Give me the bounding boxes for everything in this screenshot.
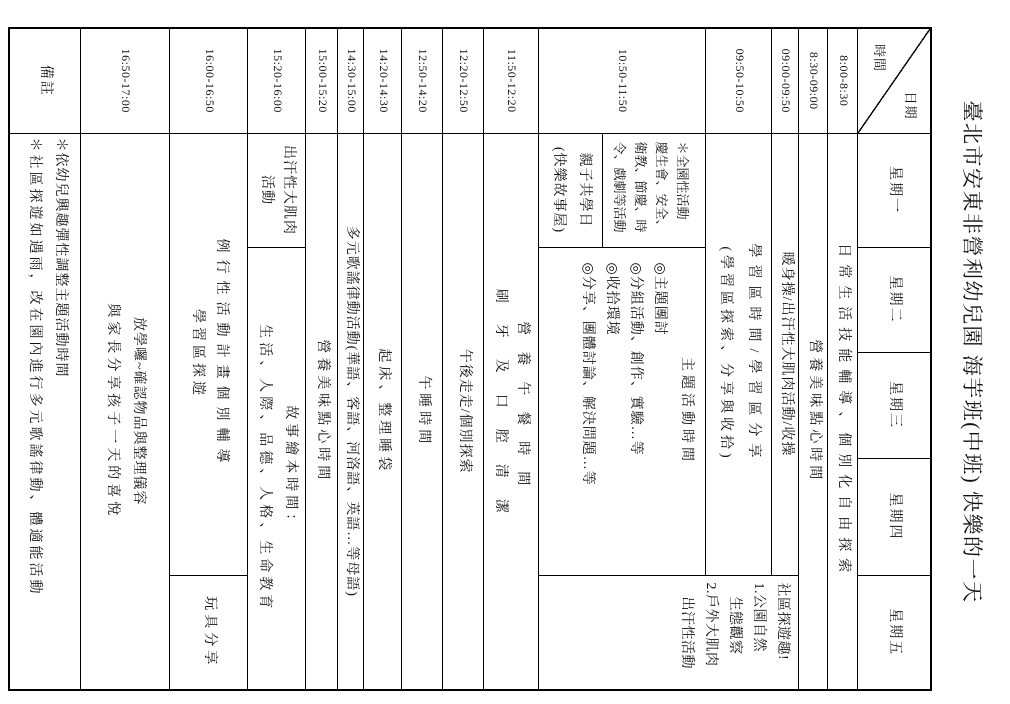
theme-activity-cell: 主題活動時間 ◎主題團討 ◎分組活動、創作、實驗…等 ◎收拾環境 ◎分享、團體討… xyxy=(539,247,706,575)
header-row: 日期 時間 星期一 星期二 星期三 星期四 星期五 xyxy=(858,28,931,690)
text-line: ＊全園性活動 xyxy=(673,142,694,242)
text-line: 故事繪本時間： xyxy=(277,248,303,690)
theme-items: ◎主題團討 ◎分組活動、創作、實驗…等 ◎收拾環境 ◎分享、團體討論、解決問題…… xyxy=(576,248,672,575)
row-0900-0950: 09:00-09:50 暖身操/出汗性大肌肉活動/收操 社區探遊趣! 1.公園自… xyxy=(772,28,799,690)
row-1520-1600: 15:20-16:00 出汗性大肌肉 活動 故事繪本時間： 生活、人際、品德、人… xyxy=(248,28,306,690)
time-cell: 14:30-15:00 xyxy=(338,28,364,133)
text-line: (學習區探索、分享與收拾) xyxy=(711,134,739,575)
row-1220-1250: 12:20-12:50 午後走走/個別探索 xyxy=(443,28,484,690)
row-1430-1500: 14:30-15:00 多元歌謠律動活動(華語、客語、河洛語、英語…等母語) xyxy=(338,28,364,690)
activity-cell: 學習區時間/學習區分享 (學習區探索、分享與收拾) xyxy=(706,133,772,575)
row-0800-0830: 8:00-8:30 日常生活技能輔導、個別化自由探索 xyxy=(828,28,858,690)
time-cell: 09:00-09:50 xyxy=(772,28,799,133)
activity-cell: 起床、整理睡袋 xyxy=(364,133,402,690)
day-friday: 星期五 xyxy=(858,575,931,690)
monday-split-cell: ＊全園性活動 慶生會、安全、衛教、節慶、時令、戲劇等活動 親子共學日 (快樂故事… xyxy=(539,133,706,247)
time-cell: 12:20-12:50 xyxy=(443,28,484,133)
day-monday: 星期一 xyxy=(858,133,931,247)
text-line: ◎主題團討 xyxy=(648,263,672,575)
activity-cell: 日常生活技能輔導、個別化自由探索 xyxy=(828,133,858,690)
text-line: 出汗性大肌肉 xyxy=(277,134,299,247)
theme-title: 主題活動時間 xyxy=(675,248,699,575)
rotated-page-viewport: 臺北市安東非營利幼兒園 海芋班(中班) 快樂的一天 日期 時間 星期一 星期二 … xyxy=(0,0,1010,704)
text-line: 學習區時間/學習區分享 xyxy=(739,134,767,575)
text-line: 營養午餐時間 xyxy=(512,134,534,690)
text-line: ＊依幼兒興趣彈性調整主題活動時間 xyxy=(48,138,74,688)
text-line: 活動 xyxy=(255,134,277,247)
row-1150-1220: 11:50-12:20 營養午餐時間 刷牙及口腔清潔 xyxy=(484,28,539,690)
text-line: 2.戶外大肌肉 xyxy=(699,583,723,688)
activity-cell: 多元歌謠律動活動(華語、客語、河洛語、英語…等母語) xyxy=(338,133,364,690)
remarks-content-cell: ＊依幼兒興趣彈性調整主題活動時間 ＊社區探遊如遇雨，改在園內進行多元歌謠律動、體… xyxy=(9,133,81,690)
dismissal-cell: 放學囉~確認物品與整理儀容 與家長分享孩子一天的喜悅 xyxy=(81,133,170,690)
schedule-page: 臺北市安東非營利幼兒園 海芋班(中班) 快樂的一天 日期 時間 星期一 星期二 … xyxy=(0,0,1010,704)
time-cell: 16:50-17:00 xyxy=(81,28,170,133)
day-wednesday: 星期三 xyxy=(858,352,931,458)
text-line: 刷牙及口腔清潔 xyxy=(490,134,512,690)
text-line: 親子共學日 xyxy=(571,134,597,247)
activity-cell: 午後走走/個別探索 xyxy=(443,133,484,690)
time-cell: 11:50-12:20 xyxy=(484,28,539,133)
text-line: 1.公園自然 xyxy=(747,583,771,688)
text-line: 慶生會、安全、衛教、節慶、時令、戲劇等活動 xyxy=(610,142,673,242)
activity-cell: 營養午餐時間 刷牙及口腔清潔 xyxy=(484,133,539,690)
date-label: 日期 xyxy=(901,91,918,119)
school-wide-activity-block: ＊全園性活動 慶生會、安全、衛教、節慶、時令、戲劇等活動 xyxy=(603,134,706,247)
row-1600-1650: 16:00-16:50 例行性活動計畫個別輔導 學習區探遊 玩具分享 xyxy=(170,28,248,690)
activity-cell: 營養美味點心時間 xyxy=(799,133,828,690)
text-line: 例行性活動計畫個別輔導 xyxy=(209,134,233,575)
text-line: ◎分組活動、創作、實驗…等 xyxy=(624,263,648,575)
row-remarks: 備註 ＊依幼兒興趣彈性調整主題活動時間 ＊社區探遊如遇雨，改在園內進行多元歌謠律… xyxy=(9,28,81,690)
trip-lines: 社區探遊趣! 1.公園自然 生態觀察 2.戶外大肌肉 出汗性活動 xyxy=(675,583,795,688)
text-line: 生活、人際、品德、人格、生命教育 xyxy=(251,248,277,690)
text-line: 生態觀察 xyxy=(723,583,747,688)
row-1420-1430: 14:20-14:30 起床、整理睡袋 xyxy=(364,28,402,690)
text-line: ◎收拾環境 xyxy=(600,263,624,575)
time-cell: 10:50-11:50 xyxy=(539,28,706,133)
text-line: ◎分享、團體討論、解決問題…等 xyxy=(576,263,600,575)
text-line: 放學囉~確認物品與整理儀容 xyxy=(126,134,152,690)
routine-activity-cell: 例行性活動計畫個別輔導 學習區探遊 xyxy=(170,133,248,575)
time-cell: 8:00-8:30 xyxy=(828,28,858,133)
time-cell: 15:20-16:00 xyxy=(248,28,306,133)
time-cell: 16:00-16:50 xyxy=(170,28,248,133)
page-title: 臺北市安東非營利幼兒園 海芋班(中班) 快樂的一天 xyxy=(958,0,988,704)
time-cell: 15:00-15:20 xyxy=(306,28,338,133)
text-line: 社區探遊趣! xyxy=(771,583,795,688)
day-thursday: 星期四 xyxy=(858,458,931,575)
storybook-cell: 故事繪本時間： 生活、人際、品德、人格、生命教育 xyxy=(248,247,306,690)
text-line: 出汗性活動 xyxy=(675,583,699,688)
time-label: 時間 xyxy=(871,44,888,72)
corner-date-time-cell: 日期 時間 xyxy=(858,28,931,133)
row-0830-0900: 8:30-09:00 營養美味點心時間 xyxy=(799,28,828,690)
text-line: 與家長分享孩子一天的喜悅 xyxy=(100,134,126,690)
row-1500-1520: 15:00-15:20 營養美味點心時間 xyxy=(306,28,338,690)
text-line: 學習區探遊 xyxy=(185,134,209,575)
activity-cell: 暖身操/出汗性大肌肉活動/收操 xyxy=(772,133,799,575)
day-tuesday: 星期二 xyxy=(858,247,931,352)
time-cell: 09:50-10:50 xyxy=(706,28,772,133)
schedule-table: 日期 時間 星期一 星期二 星期三 星期四 星期五 8:00-8:30 日常生活… xyxy=(8,27,932,691)
time-cell: 14:20-14:30 xyxy=(364,28,402,133)
activity-cell: 午睡時間 xyxy=(402,133,443,690)
parent-child-learning-block: 親子共學日 (快樂故事屋) xyxy=(540,134,603,247)
friday-community-trip-cell: 社區探遊趣! 1.公園自然 生態觀察 2.戶外大肌肉 出汗性活動 xyxy=(539,575,799,690)
row-1250-1420: 12:50-14:20 午睡時間 xyxy=(402,28,443,690)
text-line: (快樂故事屋) xyxy=(545,134,571,247)
row-1650-1700: 16:50-17:00 放學囉~確認物品與整理儀容 與家長分享孩子一天的喜悅 xyxy=(81,28,170,690)
activity-cell: 營養美味點心時間 xyxy=(306,133,338,690)
friday-toy-sharing-cell: 玩具分享 xyxy=(170,575,248,690)
text-line: ＊社區探遊如遇雨，改在園內進行多元歌謠律動、體適能活動 xyxy=(22,138,48,688)
monday-gross-motor-cell: 出汗性大肌肉 活動 xyxy=(248,133,306,247)
remarks-label-cell: 備註 xyxy=(9,28,81,133)
time-cell: 12:50-14:20 xyxy=(402,28,443,133)
time-cell: 8:30-09:00 xyxy=(799,28,828,133)
